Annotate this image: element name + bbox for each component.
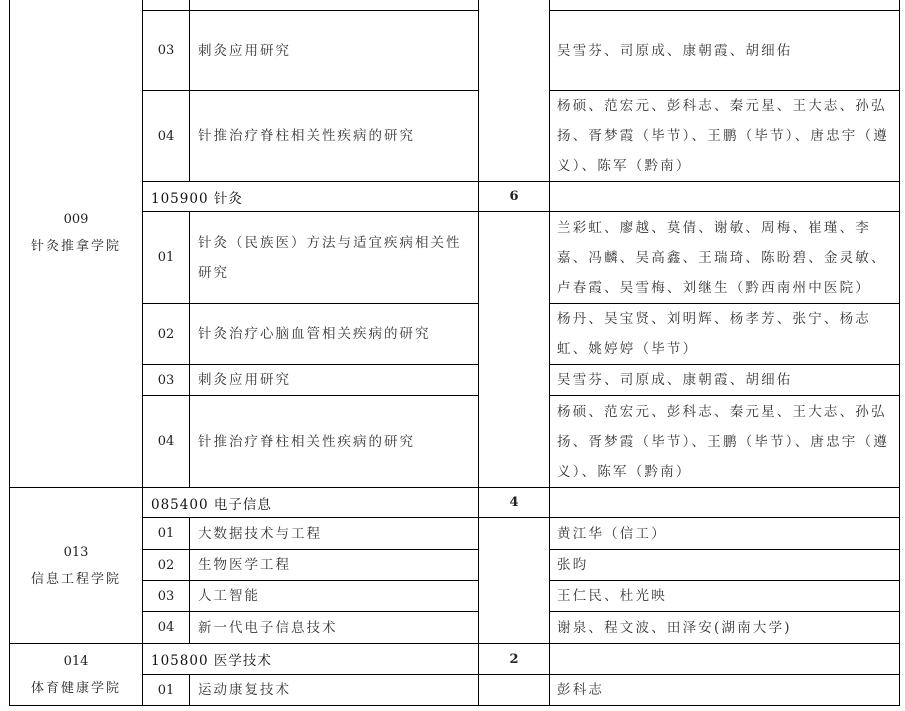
teachers: 吴雪芬、司原成、康朝霞、胡细佑	[550, 11, 900, 91]
college-cell-009: 009 针灸推拿学院	[10, 0, 143, 488]
direction-num: 03	[143, 581, 190, 612]
teachers: 黄江华（信工）	[550, 518, 900, 550]
college-code: 009	[10, 206, 142, 233]
major-name: 105900 针灸	[143, 182, 479, 212]
teachers: 杨硕、范宏元、彭科志、秦元星、王大志、孙弘扬、胥梦霞（毕节）、王鹏（毕节）、唐忠…	[550, 91, 900, 182]
table-row: 01 运动康复技术 彭科志	[10, 675, 900, 706]
direction-name: 运动康复技术	[190, 675, 479, 706]
teachers: 吴雪芬、司原成、康朝霞、胡细佑	[550, 365, 900, 396]
teachers: 谢泉、程文波、田泽安(湖南大学)	[550, 612, 900, 644]
table-row: 01 针灸（民族医）方法与适宜疾病相关性研究 兰彩虹、廖越、莫倩、谢敏、周梅、崔…	[10, 212, 900, 304]
direction-num: 04	[143, 396, 190, 488]
college-cell-013: 013 信息工程学院	[10, 488, 143, 644]
table-row: 04 新一代电子信息技术 谢泉、程文波、田泽安(湖南大学)	[10, 612, 900, 644]
direction-num: 04	[143, 91, 190, 182]
major-row: 105900 针灸 6	[10, 182, 900, 212]
direction-name: 针推治疗脊柱相关性疾病的研究	[190, 91, 479, 182]
college-code: 014	[10, 648, 142, 675]
direction-name: 刺灸应用研究	[190, 365, 479, 396]
direction-num: 02	[143, 550, 190, 581]
direction-num: 03	[143, 365, 190, 396]
direction-name: 刺灸应用研究	[190, 11, 479, 91]
direction-num: 01	[143, 212, 190, 304]
direction-num: 01	[143, 675, 190, 706]
college-code: 013	[10, 539, 142, 566]
college-name: 体育健康学院	[10, 675, 142, 702]
direction-name: 针推治疗脊柱相关性疾病的研究	[190, 396, 479, 488]
major-name: 105800 医学技术	[143, 644, 479, 675]
major-count: 6	[479, 182, 550, 212]
major-count: 2	[479, 644, 550, 675]
teachers: 杨硕、范宏元、彭科志、秦元星、王大志、孙弘扬、胥梦霞（毕节）、王鹏（毕节）、唐忠…	[550, 396, 900, 488]
direction-name: 大数据技术与工程	[190, 518, 479, 550]
direction-num: 02	[143, 304, 190, 365]
teachers: 兰彩虹、廖越、莫倩、谢敏、周梅、崔瑾、李嘉、冯麟、吴高鑫、王瑞琦、陈盼碧、金灵敏…	[550, 212, 900, 304]
major-count: 4	[479, 488, 550, 518]
direction-name: 针灸（民族医）方法与适宜疾病相关性研究	[190, 212, 479, 304]
teachers: 杨丹、吴宝贤、刘明辉、杨孝芳、张宁、杨志虹、姚婷婷（毕节）	[550, 304, 900, 365]
direction-num: 01	[143, 518, 190, 550]
table-row: 02 针灸治疗心脑血管相关疾病的研究 杨丹、吴宝贤、刘明辉、杨孝芳、张宁、杨志虹…	[10, 304, 900, 365]
direction-num: 03	[143, 11, 190, 91]
table-row: 03 刺灸应用研究 吴雪芬、司原成、康朝霞、胡细佑	[10, 365, 900, 396]
table-row: 03 人工智能 王仁民、杜光映	[10, 581, 900, 612]
teachers: 王仁民、杜光映	[550, 581, 900, 612]
table-row: 01 大数据技术与工程 黄江华（信工）	[10, 518, 900, 550]
teachers: 张昀	[550, 550, 900, 581]
college-cell-014: 014 体育健康学院	[10, 644, 143, 706]
table-row: 04 针推治疗脊柱相关性疾病的研究 杨硕、范宏元、彭科志、秦元星、王大志、孙弘扬…	[10, 396, 900, 488]
direction-num: 04	[143, 612, 190, 644]
table-row: 03 刺灸应用研究 吴雪芬、司原成、康朝霞、胡细佑	[10, 11, 900, 91]
direction-name: 针灸治疗心脑血管相关疾病的研究	[190, 304, 479, 365]
direction-name: 生物医学工程	[190, 550, 479, 581]
teachers: 彭科志	[550, 675, 900, 706]
enrollment-table: 009 针灸推拿学院 03 刺灸应用研究 吴雪芬、司原成、康朝霞、胡细佑 04 …	[9, 0, 900, 706]
table-row: 02 生物医学工程 张昀	[10, 550, 900, 581]
count-cell-empty	[479, 0, 550, 182]
direction-name: 新一代电子信息技术	[190, 612, 479, 644]
college-name: 信息工程学院	[10, 566, 142, 593]
college-name: 针灸推拿学院	[10, 233, 142, 260]
table-row: 04 针推治疗脊柱相关性疾病的研究 杨硕、范宏元、彭科志、秦元星、王大志、孙弘扬…	[10, 91, 900, 182]
major-name: 085400 电子信息	[143, 488, 479, 518]
major-row: 014 体育健康学院 105800 医学技术 2	[10, 644, 900, 675]
direction-name: 人工智能	[190, 581, 479, 612]
table-row-partial: 009 针灸推拿学院	[10, 0, 900, 11]
major-row: 013 信息工程学院 085400 电子信息 4	[10, 488, 900, 518]
